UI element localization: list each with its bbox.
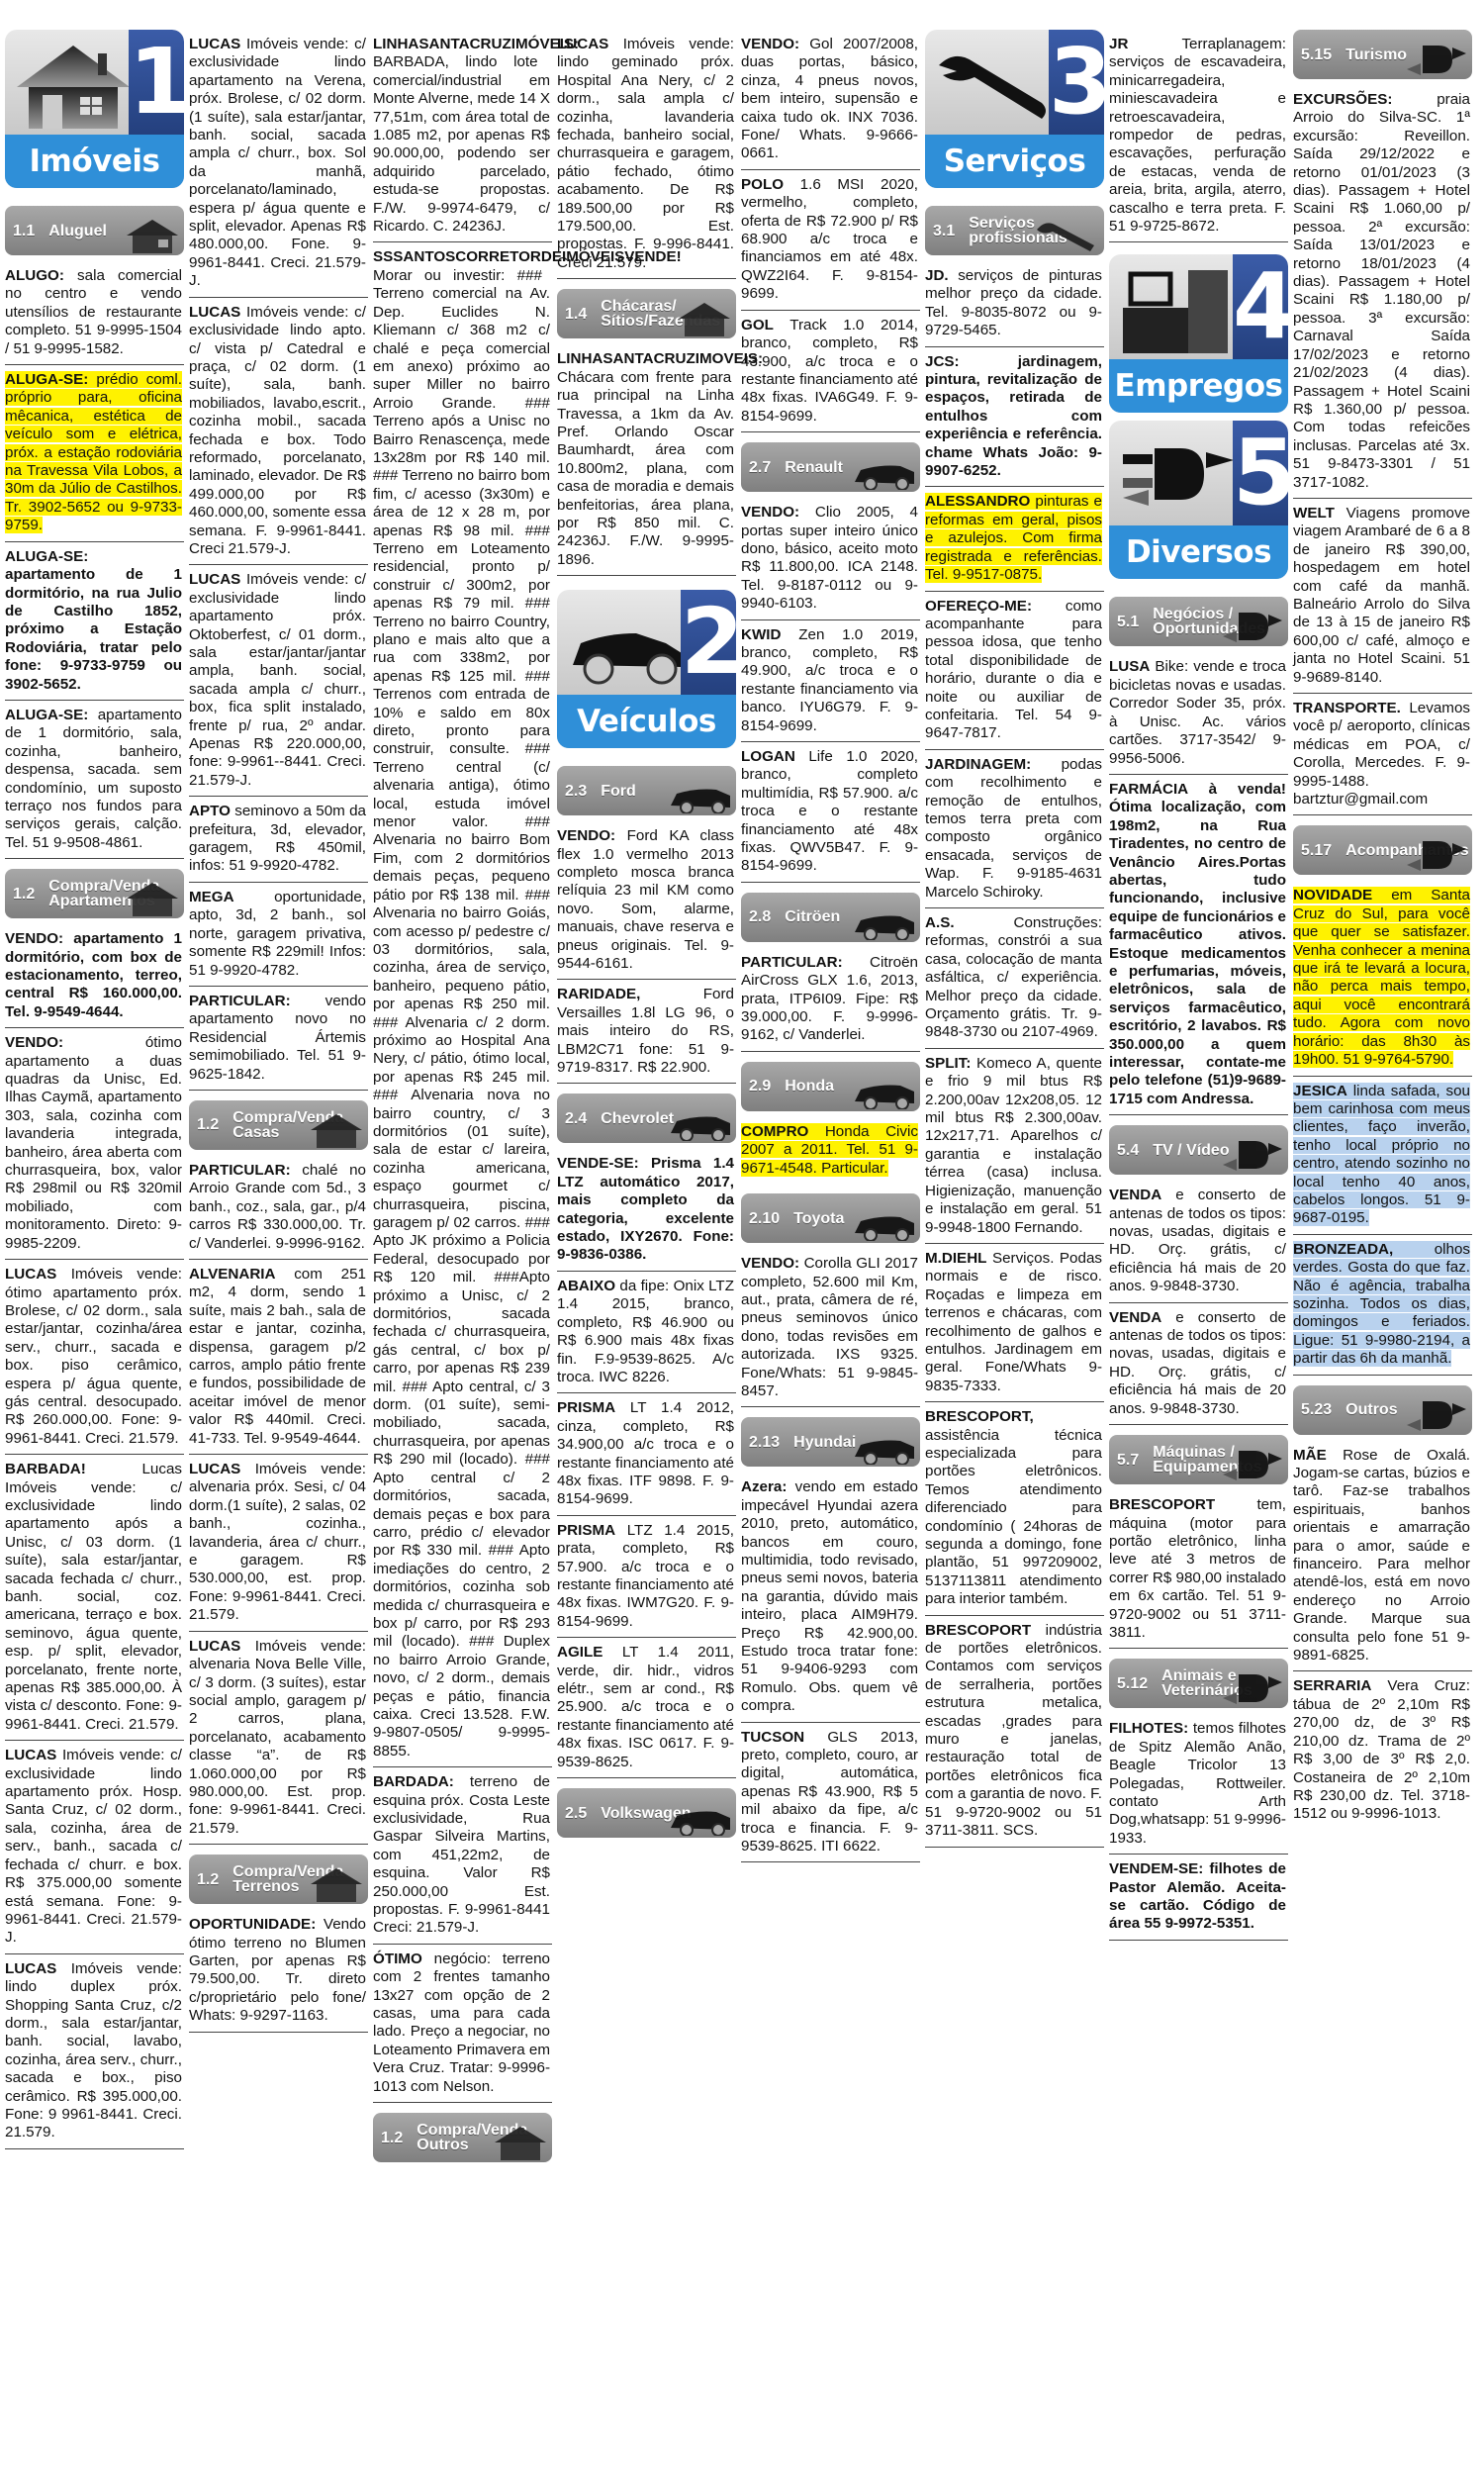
ad-keyword: BARDADA:	[373, 1773, 454, 1790]
subsection-citroen: 2.8Citröen	[741, 893, 920, 942]
category-veiculos: 2 Veículos	[557, 590, 736, 748]
classified-ad: JCS: jardinagem, pintura, revitalização …	[925, 347, 1104, 488]
car-icon	[667, 778, 732, 813]
ad-keyword: LUCAS	[557, 36, 608, 52]
category-number: 4	[1233, 254, 1288, 359]
category-label: Empregos	[1109, 359, 1288, 413]
ad-keyword: ALUGO:	[5, 267, 64, 284]
arrows-icon	[1403, 837, 1468, 873]
house-icon	[483, 2125, 548, 2160]
ad-text: LT 1.4 2011, verde, dir. hidr., vidros e…	[557, 1644, 734, 1769]
ad-keyword: LUCAS	[189, 1461, 240, 1477]
ad-keyword: JARDINAGEM:	[925, 756, 1031, 773]
ad-text: Imóveis vende: lindo geminado próx. Hosp…	[557, 36, 734, 271]
arrows-icon	[1403, 42, 1468, 77]
arrows-icon	[1219, 1137, 1284, 1173]
section-number: 2.8	[749, 909, 771, 924]
car-icon	[851, 1205, 916, 1241]
car-icon	[851, 1074, 916, 1109]
column-4: LUCAS Imóveis vende: lindo geminado próx…	[557, 30, 736, 2474]
arrows-icon	[1219, 609, 1284, 644]
house-icon	[299, 1112, 364, 1148]
ad-keyword: SERRARIA	[1293, 1677, 1371, 1694]
subsection-negocios: 5.1Negócios / Oportunidades	[1109, 597, 1288, 646]
classified-ad: SERRARIA Vera Cruz: tábua de 2º 2,10m R$…	[1293, 1671, 1472, 1829]
column-8: 5.15Turismo EXCURSÕES: praia Arroio do S…	[1293, 30, 1472, 2474]
subsection-renault: 2.7Renault	[741, 442, 920, 492]
classified-ad: LUCAS Imóveis vende: c/ exclusividade li…	[5, 1741, 184, 1953]
category-label: Veículos	[557, 695, 736, 748]
ad-text: 1.6 MSI 2020, vermelho, completo, oferta…	[741, 176, 918, 302]
ad-keyword: PRISMA	[557, 1522, 615, 1539]
classified-ad: ALUGO: sala comercial no centro e vendo …	[5, 261, 184, 365]
column-3: LINHASANTACRUZIMÓVEIS: BARBADA, lindo lo…	[373, 30, 552, 2474]
ad-keyword: ALESSANDRO	[925, 493, 1030, 510]
column-5: VENDO: Gol 2007/2008, duas portas, básic…	[741, 30, 920, 2474]
category-imoveis: 1 Imóveis	[5, 30, 184, 188]
ad-keyword: ALUGA-SE:	[5, 707, 88, 723]
section-number: 1.1	[13, 224, 35, 238]
ad-text: Lucas Imóveis vende: c/ exclusividade li…	[5, 1461, 182, 1733]
ad-keyword: RARIDADE,	[557, 986, 640, 1002]
ad-text: podas com recolhimento e remoção de entu…	[925, 756, 1102, 901]
ad-text: BARBADA, lindo lote comercial/industrial…	[373, 53, 550, 235]
classified-ad: GOL Track 1.0 2014, branco, completo, R$…	[741, 311, 920, 432]
ad-keyword: GOL	[741, 317, 774, 333]
subsection-casas: 1.2Compra/Venda Casas	[189, 1100, 368, 1150]
section-number: 2.5	[565, 1806, 587, 1821]
column-7: JR Terraplanagem: serviços de escavadeir…	[1109, 30, 1288, 2474]
ad-keyword: LUCAS	[189, 36, 240, 52]
ad-keyword: Azera:	[741, 1478, 787, 1495]
ad-text: Terraplanagem: serviços de escavadeira, …	[1109, 36, 1286, 235]
category-label: Diversos	[1109, 525, 1288, 579]
ad-text: Imóveis vende: alvenaria Nova Belle Vill…	[189, 1638, 366, 1837]
classified-ad: JARDINAGEM: podas com recolhimento e rem…	[925, 750, 1104, 908]
classified-ad-highlighted: COMPRO Honda Civic 2007 a 2011. Tel. 51 …	[741, 1117, 920, 1184]
ad-text: Construções: reformas, constrói a sua ca…	[925, 914, 1102, 1040]
ad-keyword: ABAIXO	[557, 1278, 615, 1294]
category-number: 1	[129, 30, 184, 135]
ad-text: Chácara com frente para rua principal na…	[557, 369, 734, 568]
car-icon	[851, 454, 916, 490]
classified-ad: LINHASANTACRUZIMÓVEIS: BARBADA, lindo lo…	[373, 30, 552, 242]
category-number: 5	[1233, 421, 1288, 525]
ad-keyword: A.S.	[925, 914, 955, 931]
section-number: 1.2	[13, 887, 35, 902]
ad-keyword: VENDO:	[741, 1255, 799, 1272]
column-1: 1 Imóveis 1.1Aluguel ALUGO: sala comerci…	[5, 30, 184, 2474]
ad-keyword: VENDO:	[5, 1034, 63, 1051]
section-number: 2.3	[565, 784, 587, 799]
ad-keyword: BRESCOPORT	[1109, 1496, 1215, 1513]
section-number: 2.9	[749, 1079, 771, 1094]
ad-keyword: ÓTIMO	[373, 1951, 422, 1967]
ad-text: temos filhotes de Spitz Alemão Anão, Bea…	[1109, 1720, 1286, 1846]
classified-ad: KWID Zen 1.0 2019, branco, completo, R$ …	[741, 620, 920, 742]
classified-ad: VENDO: apartamento 1 dormitório, com box…	[5, 924, 184, 1028]
ad-text: serviços de pinturas melhor preço da cid…	[925, 267, 1102, 338]
classified-ad: LUCAS Imóveis vende: alvenaria Nova Bell…	[189, 1632, 368, 1845]
ad-text: indústria de portões eletrônicos. Contam…	[925, 1622, 1102, 1839]
ad-text: prédio coml. próprio para, oficina mêcan…	[5, 371, 182, 533]
ad-keyword: LOGAN	[741, 748, 795, 765]
house-icon	[299, 1866, 364, 1902]
classified-ad: VENDO: Corolla GLI 2017 completo, 52.600…	[741, 1249, 920, 1407]
section-number: 5.17	[1301, 843, 1332, 858]
classified-ad: BRESCOPORT indústria de portões eletrôni…	[925, 1616, 1104, 1848]
ad-text: negócio: terreno com 2 frentes tamanho 1…	[373, 1951, 550, 2095]
ad-text: GLS 2013, preto, completo, couro, ar dig…	[741, 1729, 918, 1855]
ad-keyword: LUCAS	[5, 1747, 56, 1763]
ad-keyword: LINHASANTACRUZIMOVEIS:	[557, 350, 763, 367]
classified-ad: OFEREÇO-ME: como acompanhante para pesso…	[925, 592, 1104, 750]
classified-ad: TRANSPORTE. Levamos você p/ aeroporto, c…	[1293, 694, 1472, 815]
ad-keyword: BRONZEADA,	[1293, 1241, 1393, 1258]
category-number: 3	[1049, 30, 1104, 135]
classified-ad: LUSA Bike: vende e troca bicicletas nova…	[1109, 652, 1288, 774]
classified-ad: LUCAS Imóveis vende: lindo duplex próx. …	[5, 1954, 184, 2149]
subsection-outros: 1.2Compra/Venda Outros	[373, 2113, 552, 2162]
ad-text: Serviços. Podas normais e de risco. Roça…	[925, 1250, 1102, 1394]
ad-text: apartamento de 1 dormitório, sala, cozin…	[5, 707, 182, 851]
subsection-terrenos: 1.2Compra/Venda Terrenos	[189, 1855, 368, 1904]
classified-ad: PRISMA LTZ 1.4 2015, prata, completo, R$…	[557, 1516, 736, 1638]
classified-ad: OPORTUNIDADE: Vendo ótimo terreno no Blu…	[189, 1910, 368, 2032]
ad-text: Ford KA class flex 1.0 vermelho 2013 com…	[557, 827, 734, 972]
column-6: 3 Serviços 3.1Serviços profissionais JD.…	[925, 30, 1104, 2474]
category-label: Imóveis	[5, 135, 184, 188]
classified-ad-highlighted: BRONZEADA, olhos verdes. Gosta do que fa…	[1293, 1235, 1472, 1376]
ad-keyword: VENDA	[1109, 1187, 1161, 1203]
section-number: 2.10	[749, 1211, 780, 1226]
ad-keyword: LUCAS	[5, 1960, 56, 1977]
ad-keyword: TUCSON	[741, 1729, 804, 1746]
subsection-animais: 5.12Animais e Veterinários	[1109, 1659, 1288, 1708]
classified-ad: LUCAS Imóveis vende: c/ exclusividade li…	[189, 30, 368, 298]
ad-keyword: VENDO:	[5, 930, 63, 947]
section-number: 5.23	[1301, 1402, 1332, 1417]
classified-ad: JR Terraplanagem: serviços de escavadeir…	[1109, 30, 1288, 242]
ad-keyword: EXCURSÕES:	[1293, 91, 1392, 108]
classified-ad: VENDEM-SE: filhotes de Pastor Alemão. Ac…	[1109, 1855, 1288, 1941]
ad-text: apartamento de 1 dormitório, na rua Juli…	[5, 566, 182, 692]
arrows-icon	[1119, 434, 1236, 520]
subsection-servicos-profissionais: 3.1Serviços profissionais	[925, 206, 1104, 255]
classified-ad: PRISMA LT 1.4 2012, cinza, completo, R$ …	[557, 1393, 736, 1515]
ad-keyword: PARTICULAR:	[189, 1162, 291, 1179]
subsection-aluguel: 1.1Aluguel	[5, 206, 184, 255]
category-number: 2	[681, 590, 736, 695]
ad-keyword: VENDE-SE:	[557, 1155, 639, 1172]
classified-ad: AGILE LT 1.4 2011, verde, dir. hidr., vi…	[557, 1638, 736, 1778]
subsection-outros-diversos: 5.23Outros	[1293, 1385, 1472, 1435]
subsection-honda: 2.9Honda	[741, 1062, 920, 1111]
column-2: LUCAS Imóveis vende: c/ exclusividade li…	[189, 30, 368, 2474]
ad-keyword: JD.	[925, 267, 949, 284]
ad-keyword: SPLIT:	[925, 1055, 971, 1072]
section-number: 5.15	[1301, 48, 1332, 62]
classified-ad: MEGA oportunidade, apto, 3d, 2 banh., so…	[189, 883, 368, 987]
ad-keyword: VENDA	[1109, 1309, 1161, 1326]
classified-ad-highlighted: NOVIDADE em Santa Cruz do Sul, para você…	[1293, 881, 1472, 1076]
section-number: 1.2	[381, 2131, 403, 2145]
subsection-volkswagen: 2.5Volkswagen	[557, 1788, 736, 1838]
classified-ad: WELT Viagens promove viagem Arambaré de …	[1293, 499, 1472, 694]
ad-keyword: TRANSPORTE.	[1293, 700, 1401, 716]
classified-ad: ABAIXO da fipe: Onix LTZ 1.4 2015, branc…	[557, 1272, 736, 1393]
ad-text: como acompanhante para pessoa idosa, que…	[925, 598, 1102, 742]
ad-text: olhos verdes. Gosta do que faz. Não é ag…	[1293, 1241, 1470, 1367]
classified-ad: TUCSON GLS 2013, preto, completo, couro,…	[741, 1723, 920, 1863]
subsection-ford: 2.3Ford	[557, 766, 736, 815]
classified-ad: VENDO: Ford KA class flex 1.0 vermelho 2…	[557, 821, 736, 980]
classified-ad: BARBADA! Lucas Imóveis vende: c/ exclusi…	[5, 1455, 184, 1741]
ad-text: vendo em estado impecável Hyundai azera …	[741, 1478, 918, 1714]
ad-keyword: ALVENARIA	[189, 1266, 275, 1283]
ad-keyword: LUCAS	[189, 571, 240, 588]
ad-keyword: VENDO:	[557, 827, 615, 844]
ad-keyword: VENDO:	[741, 36, 799, 52]
wrench-icon	[1035, 218, 1100, 253]
ad-text: ótimo apartamento a duas quadras da Unis…	[5, 1034, 182, 1251]
ad-text: Life 1.0 2020, branco, completo multimíd…	[741, 748, 918, 874]
arrows-icon	[1403, 1397, 1468, 1433]
section-number: 1.4	[565, 307, 587, 322]
ad-keyword: MEGA	[189, 889, 234, 905]
classified-ad: LOGAN Life 1.0 2020, branco, completo mu…	[741, 742, 920, 883]
subsection-hyundai: 2.13Hyundai	[741, 1417, 920, 1467]
ad-text: Vera Cruz: tábua de 2º 2,10m R$ 270,00 d…	[1293, 1677, 1470, 1822]
ad-keyword: MÃE	[1293, 1447, 1327, 1464]
ad-keyword: FILHOTES:	[1109, 1720, 1188, 1737]
ad-keyword: LUCAS	[189, 304, 240, 321]
classified-ad: VENDO: Clio 2005, 4 portas super inteiro…	[741, 498, 920, 619]
ad-keyword: ALUGA-SE:	[5, 371, 88, 388]
classified-ad: FILHOTES: temos filhotes de Spitz Alemão…	[1109, 1714, 1288, 1855]
car-icon	[567, 604, 684, 689]
ad-keyword: WELT	[1293, 505, 1335, 522]
ad-text: Imóveis vende: c/ exclusividade lindo ap…	[189, 304, 366, 557]
classified-ad: ALUGA-SE: apartamento de 1 dormitório, s…	[5, 701, 184, 859]
classified-ad: RARIDADE, Ford Versailles 1.8l LG 96, o …	[557, 980, 736, 1084]
arrows-icon	[1219, 1670, 1284, 1706]
ad-text: à venda! Ótima localização, com 198m2, n…	[1109, 781, 1286, 1107]
ad-keyword: OPORTUNIDADE:	[189, 1916, 316, 1933]
ad-text: em Santa Cruz do Sul, para você que quer…	[1293, 887, 1470, 1068]
ad-text: terreno de esquina próx. Costa Leste exc…	[373, 1773, 550, 1936]
ad-keyword: VENDEM-SE:	[1109, 1860, 1203, 1877]
category-label: Serviços	[925, 135, 1104, 188]
ad-keyword: BARBADA!	[5, 1461, 86, 1477]
ad-keyword: PRISMA	[557, 1399, 615, 1416]
car-icon	[667, 1800, 732, 1836]
subsection-chacaras: 1.4Chácaras/ Sítios/Fazendas	[557, 289, 736, 338]
classified-ad: JD. serviços de pinturas melhor preço da…	[925, 261, 1104, 347]
classified-ad: ALVENARIA com 251 m2, 4 dorm, sendo 1 su…	[189, 1260, 368, 1455]
classified-ad: A.S. Construções: reformas, constrói a s…	[925, 908, 1104, 1049]
classified-ad-highlighted: ALUGA-SE: prédio coml. próprio para, ofi…	[5, 365, 184, 542]
car-icon	[851, 904, 916, 940]
classified-ad: PARTICULAR: vendo apartamento novo no Re…	[189, 987, 368, 1091]
house-icon	[115, 218, 180, 253]
classified-ad: FARMÁCIA à venda! Ótima localização, com…	[1109, 775, 1288, 1115]
ad-keyword: JESICA	[1293, 1083, 1347, 1099]
ad-text: tem, máquina (motor para portão eletrôni…	[1109, 1496, 1286, 1641]
ad-keyword: LUSA	[1109, 658, 1150, 675]
ad-keyword: LUCAS	[189, 1638, 240, 1655]
classified-ad-highlighted: ALESSANDRO pinturas e reformas em geral,…	[925, 487, 1104, 591]
category-empregos: 4 Empregos	[1109, 254, 1288, 413]
classified-ad: VENDA e conserto de antenas de todos os …	[1109, 1303, 1288, 1425]
section-number: 2.13	[749, 1435, 780, 1450]
ad-keyword: COMPRO	[741, 1123, 808, 1140]
section-number: 5.7	[1117, 1453, 1139, 1468]
section-number: 2.7	[749, 460, 771, 475]
classified-ad: EXCURSÕES: praia Arroio do Silva-SC. 1ª …	[1293, 85, 1472, 499]
classified-ad: VENDO: ótimo apartamento a duas quadras …	[5, 1028, 184, 1260]
classified-ad: LUCAS Imóveis vende: c/ exclusividade li…	[189, 565, 368, 797]
arrows-icon	[1219, 1447, 1284, 1482]
subsection-turismo: 5.15Turismo	[1293, 30, 1472, 79]
car-icon	[851, 1429, 916, 1465]
ad-keyword: BRESCOPORT	[925, 1622, 1031, 1639]
section-number: 3.1	[933, 224, 955, 238]
ad-text: Corolla GLI 2017 completo, 52.600 mil Km…	[741, 1255, 918, 1399]
ad-keyword: FARMÁCIA	[1109, 781, 1188, 798]
section-number: 2.4	[565, 1111, 587, 1126]
subsection-maquinas: 5.7Máquinas / Equipamentos	[1109, 1435, 1288, 1484]
section-number: 5.1	[1117, 615, 1139, 629]
classified-ad: VENDE-SE: Prisma 1.4 LTZ automático 2017…	[557, 1149, 736, 1271]
ad-keyword: JCS:	[925, 353, 960, 370]
classified-ad: SSSANTOSCORRETORDEIMÓVEISVENDE! Morar ou…	[373, 242, 552, 1767]
ad-text: Komeco A, quente e frio 9 mil btus R$ 2.…	[925, 1055, 1102, 1236]
ad-text: Morar ou investir: ### Terreno comercial…	[373, 267, 550, 1760]
classified-ad: PARTICULAR: chalé no Arroio Grande com 5…	[189, 1156, 368, 1260]
category-servicos: 3 Serviços	[925, 30, 1104, 188]
ad-text: Gol 2007/2008, duas portas, básico, cinz…	[741, 36, 918, 161]
classified-ad: Azera: vendo em estado impecável Hyundai…	[741, 1473, 920, 1722]
section-number: 5.4	[1117, 1143, 1139, 1158]
ad-text: Imóveis vende: alvenaria próx. Sesi, c/ …	[189, 1461, 366, 1623]
ad-keyword: LINHASANTACRUZIMÓVEIS:	[373, 36, 579, 52]
classified-ad: VENDA e conserto de antenas de todos os …	[1109, 1181, 1288, 1302]
ad-keyword: APTO	[189, 803, 231, 819]
classified-ad: VENDO: Gol 2007/2008, duas portas, básic…	[741, 30, 920, 170]
ad-text: jardinagem, pintura, revitalização de es…	[925, 353, 1102, 479]
classified-ad: ÓTIMO negócio: terreno com 2 frentes tam…	[373, 1945, 552, 2103]
ad-keyword: NOVIDADE	[1293, 887, 1372, 904]
classified-ad: BARDADA: terreno de esquina próx. Costa …	[373, 1767, 552, 1945]
subsection-chevrolet: 2.4Chevrolet	[557, 1094, 736, 1143]
section-number: 1.2	[197, 1117, 219, 1132]
ad-text: praia Arroio do Silva-SC. 1ª excursão: R…	[1293, 91, 1470, 491]
ad-text: linda safada, sou bem carinhosa com meus…	[1293, 1083, 1470, 1227]
desk-icon	[1119, 268, 1236, 353]
ad-keyword: BRESCOPORT,	[925, 1408, 1034, 1425]
subsection-acompanhantes: 5.17Acompanhantes	[1293, 825, 1472, 875]
ad-text: assistência técnica especializada para p…	[925, 1427, 1102, 1608]
ad-keyword: PARTICULAR:	[189, 993, 291, 1009]
classified-ad: PARTICULAR: Citroën AirCross GLX 1.6, 20…	[741, 948, 920, 1052]
ad-keyword: PARTICULAR:	[741, 954, 843, 971]
classified-ad: BRESCOPORT, assistência técnica especial…	[925, 1402, 1104, 1615]
classified-ad: LUCAS Imóveis vende: ótimo apartamento p…	[5, 1260, 184, 1455]
classified-ad: APTO seminovo a 50m da prefeitura, 3d, e…	[189, 797, 368, 883]
classified-ad: LINHASANTACRUZIMOVEIS: Chácara com frent…	[557, 344, 736, 576]
ad-keyword: AGILE	[557, 1644, 603, 1661]
classified-ad: SPLIT: Komeco A, quente e frio 9 mil btu…	[925, 1049, 1104, 1244]
ad-text: Imóveis vende: lindo duplex próx. Shoppi…	[5, 1960, 182, 2141]
classifieds-page: 1 Imóveis 1.1Aluguel ALUGO: sala comerci…	[0, 0, 1484, 2474]
ad-keyword: LUCAS	[5, 1266, 56, 1283]
house-icon	[115, 881, 180, 916]
ad-keyword: JR	[1109, 36, 1128, 52]
classified-ad: MÃE Rose de Oxalá. Jogam-se cartas, búzi…	[1293, 1441, 1472, 1672]
ad-text: Rose de Oxalá. Jogam-se cartas, búzios e…	[1293, 1447, 1470, 1664]
ad-keyword: KWID	[741, 626, 782, 643]
classified-ad: LUCAS Imóveis vende: c/ exclusividade li…	[189, 298, 368, 566]
subsection-apartamentos: 1.2Compra/Venda Apartamentos	[5, 869, 184, 918]
ad-keyword: OFEREÇO-ME:	[925, 598, 1032, 615]
classified-ad: BRESCOPORT tem, máquina (motor para port…	[1109, 1490, 1288, 1649]
ad-keyword: M.DIEHL	[925, 1250, 986, 1267]
classified-ad: ALUGA-SE: apartamento de 1 dormitório, n…	[5, 542, 184, 701]
section-number: 5.12	[1117, 1676, 1148, 1691]
subsection-tv-video: 5.4TV / Vídeo	[1109, 1125, 1288, 1175]
ad-text: Viagens promove viagem Arambaré de 6 a 8…	[1293, 505, 1470, 686]
ad-keyword: ALUGA-SE:	[5, 548, 88, 565]
classified-ad: M.DIEHL Serviços. Podas normais e de ris…	[925, 1244, 1104, 1402]
classified-ad: LUCAS Imóveis vende: lindo geminado próx…	[557, 30, 736, 279]
category-diversos: 5 Diversos	[1109, 421, 1288, 579]
ad-text: Imóveis vende: c/ exclusividade lindo ap…	[5, 1747, 182, 1946]
wrench-icon	[935, 44, 1052, 129]
section-number: 1.2	[197, 1872, 219, 1887]
car-icon	[667, 1105, 732, 1141]
ad-text: com 251 m2, 4 dorm, sendo 1 suíte, mais …	[189, 1266, 366, 1447]
ad-text: Imóveis vende: c/ exclusividade lindo ap…	[189, 571, 366, 788]
classified-ad: POLO 1.6 MSI 2020, vermelho, completo, o…	[741, 170, 920, 311]
ad-keyword: POLO	[741, 176, 784, 193]
classified-ad: LUCAS Imóveis vende: alvenaria próx. Ses…	[189, 1455, 368, 1632]
classified-ad-highlighted: JESICA linda safada, sou bem carinhosa c…	[1293, 1077, 1472, 1235]
ad-text: Imóveis vende: ótimo apartamento próx. B…	[5, 1266, 182, 1447]
ad-keyword: VENDO:	[741, 504, 799, 521]
house-icon	[667, 301, 732, 336]
subsection-toyota: 2.10Toyota	[741, 1193, 920, 1243]
house-icon	[15, 44, 132, 129]
ad-text: Imóveis vende: c/ exclusividade lindo ap…	[189, 36, 366, 289]
